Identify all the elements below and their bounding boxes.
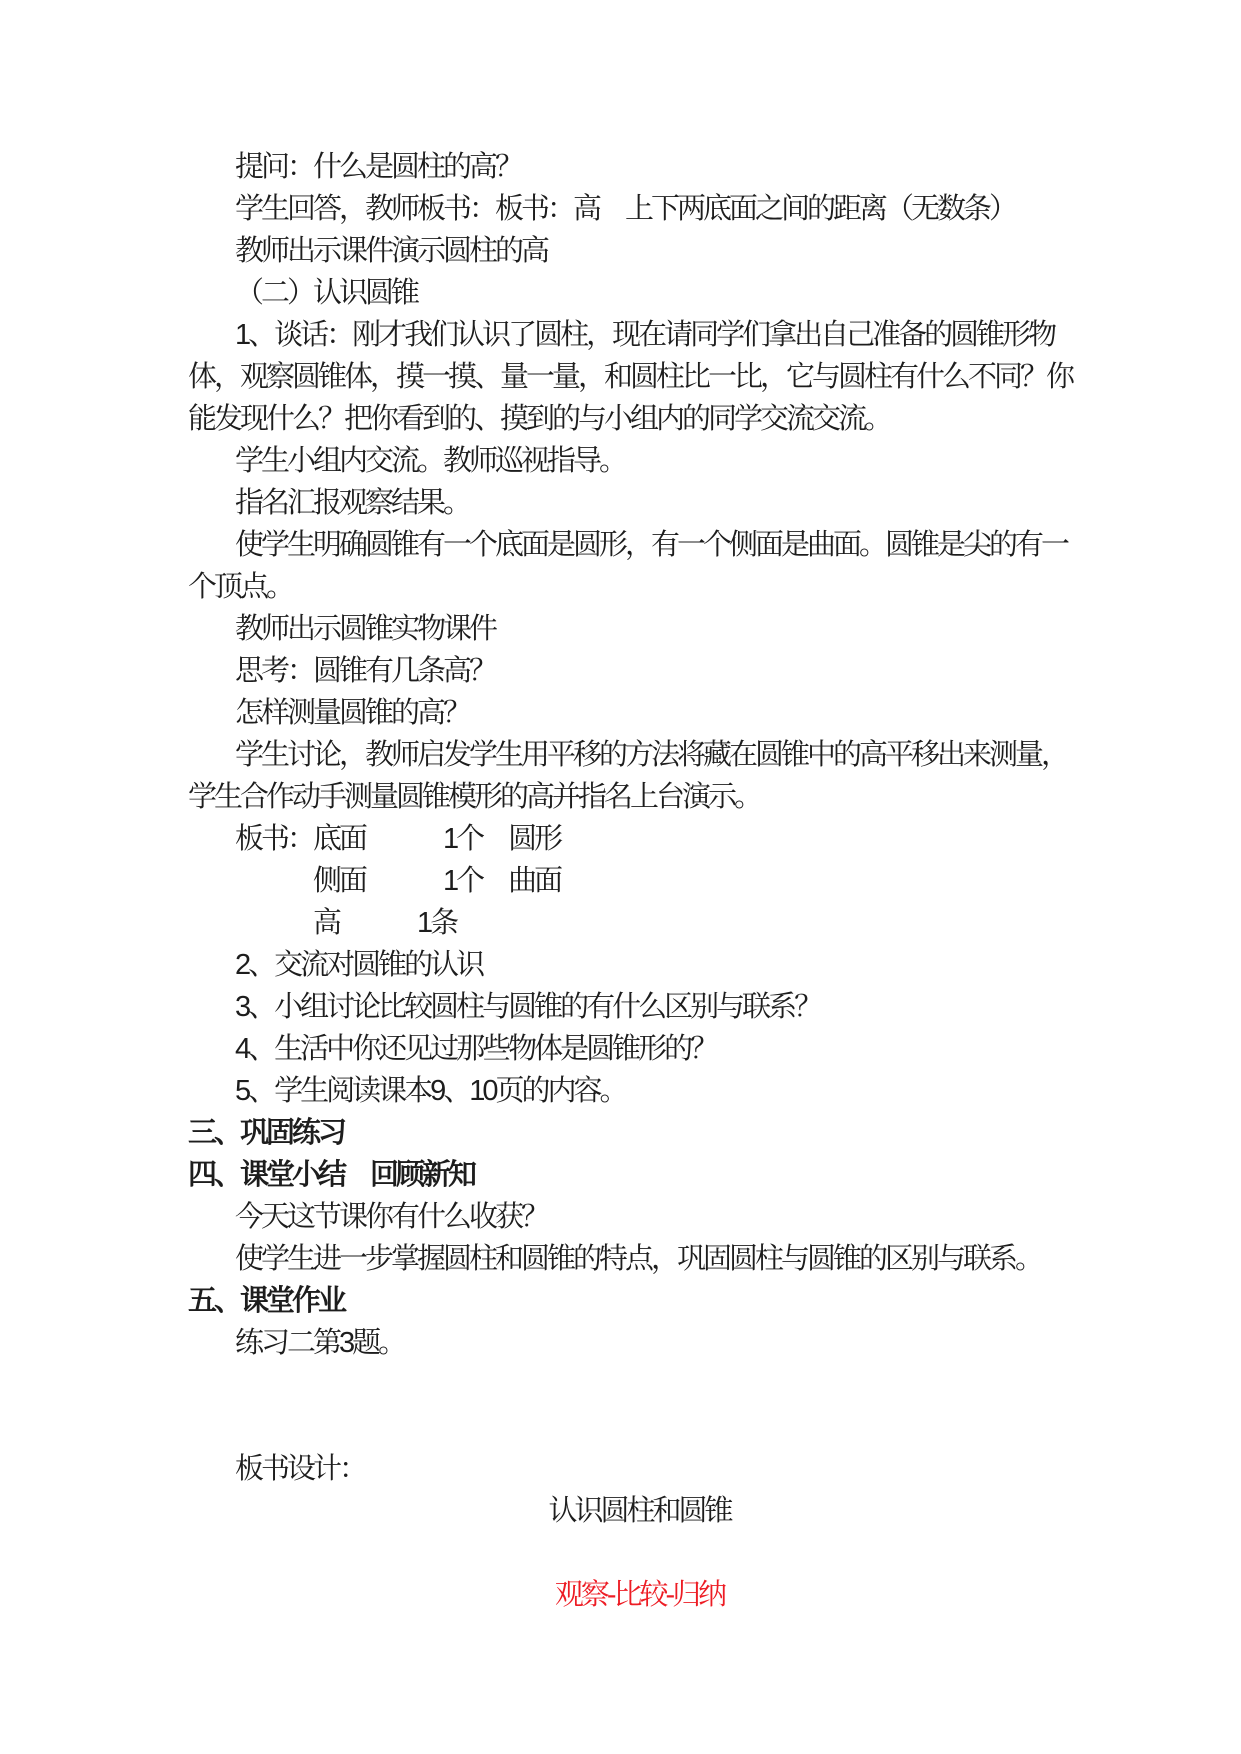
text-line: 指名汇报观察结果。 xyxy=(188,482,1091,524)
text-line: 思考：圆锥有几条高？ xyxy=(188,650,1091,692)
text-line: 板书设计： xyxy=(188,1448,1091,1490)
board-design-title: 认识圆柱和圆锥 xyxy=(188,1490,1091,1532)
text-line: 学生回答，教师板书：板书：高 上下两底面之间的距离（无数条） xyxy=(188,188,1091,230)
text-line: 个顶点。 xyxy=(188,566,1091,608)
text-line: 4、生活中你还见过那些物体是圆锥形的？ xyxy=(188,1028,1091,1070)
section-heading: 五、课堂作业 xyxy=(188,1280,1091,1322)
text-line: 教师出示课件演示圆柱的高 xyxy=(188,230,1091,272)
text-line: 学生讨论，教师启发学生用平移的方法将藏在圆锥中的高平移出来测量， xyxy=(188,734,1091,776)
text-line xyxy=(188,1364,1091,1406)
text-line: 体，观察圆锥体，摸一摸、量一量，和圆柱比一比，它与圆柱有什么不同？你 xyxy=(188,356,1091,398)
text-line: 怎样测量圆锥的高？ xyxy=(188,692,1091,734)
text-line: 使学生进一步掌握圆柱和圆锥的特点，巩固圆柱与圆锥的区别与联系。 xyxy=(188,1238,1091,1280)
section-heading: 三、巩固练习 xyxy=(188,1112,1091,1154)
section-heading: 四、课堂小结 回顾新知 xyxy=(188,1154,1091,1196)
text-line xyxy=(188,1532,1091,1574)
document-body: 提问：什么是圆柱的高？学生回答，教师板书：板书：高 上下两底面之间的距离（无数条… xyxy=(0,146,1241,1616)
text-line xyxy=(188,1406,1091,1448)
text-line: 提问：什么是圆柱的高？ xyxy=(188,146,1091,188)
text-line: 侧面 1个 曲面 xyxy=(188,860,1091,902)
text-line: 3、小组讨论比较圆柱与圆锥的有什么区别与联系？ xyxy=(188,986,1091,1028)
text-line: 学生合作动手测量圆锥模形的高并指名上台演示。 xyxy=(188,776,1091,818)
text-line: 能发现什么？把你看到的、摸到的与小组内的同学交流交流。 xyxy=(188,398,1091,440)
text-line: 板书：底面 1个 圆形 xyxy=(188,818,1091,860)
text-line: 1、谈话：刚才我们认识了圆柱，现在请同学们拿出自己准备的圆锥形物 xyxy=(188,314,1091,356)
text-line: 2、交流对圆锥的认识 xyxy=(188,944,1091,986)
text-line: 5、学生阅读课本9、10页的内容。 xyxy=(188,1070,1091,1112)
text-line: 教师出示圆锥实物课件 xyxy=(188,608,1091,650)
board-design-keywords: 观察-比较-归纳 xyxy=(188,1574,1091,1616)
text-line: （二）认识圆锥 xyxy=(188,272,1091,314)
text-line: 学生小组内交流。教师巡视指导。 xyxy=(188,440,1091,482)
text-line: 高 1条 xyxy=(188,902,1091,944)
document-page: 提问：什么是圆柱的高？学生回答，教师板书：板书：高 上下两底面之间的距离（无数条… xyxy=(0,0,1241,1754)
text-line: 练习二第3题。 xyxy=(188,1322,1091,1364)
text-line: 今天这节课你有什么收获？ xyxy=(188,1196,1091,1238)
text-line: 使学生明确圆锥有一个底面是圆形，有一个侧面是曲面。圆锥是尖的有一 xyxy=(188,524,1091,566)
